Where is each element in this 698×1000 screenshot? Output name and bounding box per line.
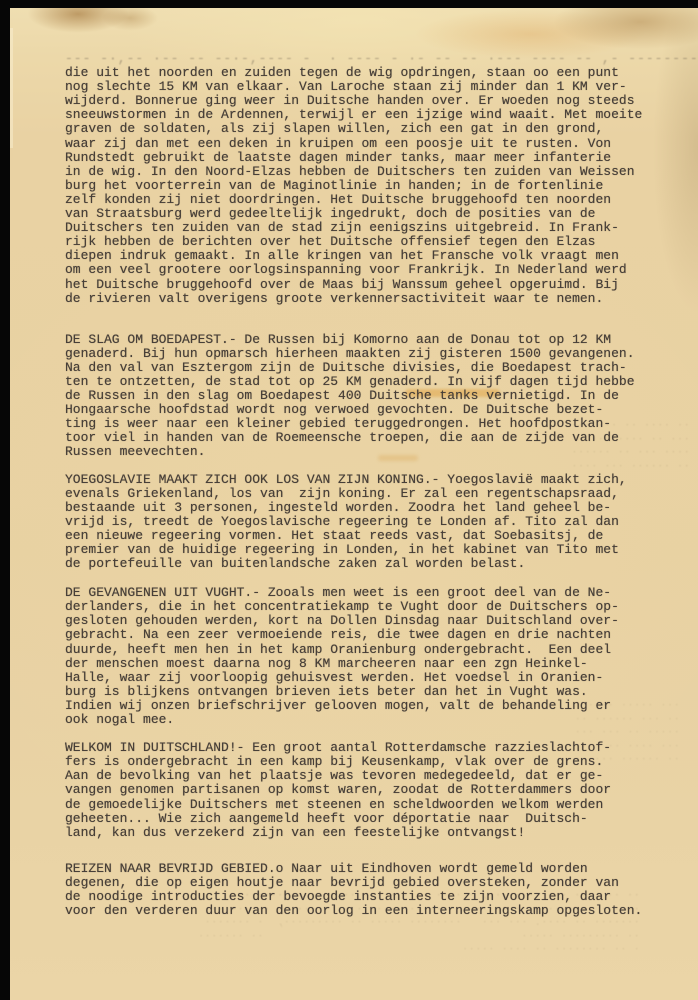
typed-line: Indien wij onzen briefschrijver gelooven… [65, 699, 685, 713]
typed-line: REIZEN NAAR BEVRIJD GEBIED.o Naar uit Ei… [65, 862, 685, 876]
typed-line: het Duitsche bruggehoofd over de Maas bi… [65, 278, 685, 292]
typed-line: Aan de bevolking van het plaatsje was te… [65, 769, 685, 783]
typed-line: derlanders, die in het concentratiekamp … [65, 600, 685, 614]
paragraph: die uit het noorden en zuiden tegen de w… [65, 66, 685, 306]
ghost-line: ·· ········· ····· ·· ······· [80, 931, 640, 945]
typed-line: in de wig. In den Noord-Elzas hebben de … [65, 165, 685, 179]
typed-line: diepen indruk gemaakt. In alle kringen v… [65, 249, 685, 263]
typed-line: degenen, die op eigen houtje naar bevrij… [65, 876, 685, 890]
typed-line: rijk hebben de berichten over het Duitsc… [65, 235, 685, 249]
paragraph: DE GEVANGENEN UIT VUGHT.- Zooals men wee… [65, 586, 685, 727]
typed-line: Hongaarsche hoofdstad wordt nog verwoed … [65, 403, 685, 417]
typed-line: een nieuwe regeering vormen. Het staat r… [65, 529, 685, 543]
ghost-line: ······· ·· ····. ··· ··· ········ ····· … [80, 917, 640, 931]
paper-edge-highlight [10, 28, 13, 148]
typed-line: toor viel in handen van de Roemeensche t… [65, 431, 685, 445]
typed-line: evenals Griekenland, los van zijn koning… [65, 487, 685, 501]
typed-line: Halle, waar zij voorloopig gehuisvest we… [65, 671, 685, 685]
typed-line: ook nogal mee. [65, 713, 685, 727]
typed-line: ting is weer naar een kleiner gebied ter… [65, 417, 685, 431]
typed-line: de Russen in den slag om Boedapest 400 D… [65, 389, 685, 403]
typed-line: vangen genomen partisanen op komst waren… [65, 783, 685, 797]
typed-line: bestaande uit 3 personen, ingesteld word… [65, 501, 685, 515]
typed-line: voor den verderen duur van den oorlog in… [65, 904, 685, 918]
typed-line: land, kan dus verzekerd zijn van een fee… [65, 826, 685, 840]
paragraph: YOEGOSLAVIE MAAKT ZICH OOK LOS VAN ZIJN … [65, 473, 685, 572]
typed-line: de rivieren valt overigens groote verken… [65, 292, 685, 306]
typed-line: der menschen moest daarna nog 8 KM march… [65, 657, 685, 671]
typed-line: Rundstedt gebruikt de laatste dagen mind… [65, 151, 685, 165]
typed-line: premier van de huidige regeering in Lond… [65, 543, 685, 557]
typed-line: YOEGOSLAVIE MAAKT ZICH OOK LOS VAN ZIJN … [65, 473, 685, 487]
scanned-document-page: ·· ···· ·· ··· ······· ·· ····· ·· ·····… [0, 0, 698, 1000]
typed-line: gesloten gehouden werden, kort na Dollen… [65, 614, 685, 628]
typed-line: vrijd is, treedt de Yoegoslavische regee… [65, 515, 685, 529]
typed-line: DE GEVANGENEN UIT VUGHT.- Zooals men wee… [65, 586, 685, 600]
typed-line: burg het voorterrein van de Maginotlinie… [65, 179, 685, 193]
typed-line: de portefeuille van buitenlandsche zaken… [65, 557, 685, 571]
typed-line: sneeuwstormen in de Ardennen, terwijl er… [65, 108, 685, 122]
typed-text-block: --- -·,-- ·-- -- --·-,---- - · ---- - ·-… [65, 52, 685, 918]
typed-line: Russen meevechten. [65, 445, 685, 459]
typed-line: fers is ondergebracht in een kamp bij Ke… [65, 755, 685, 769]
typed-line: de noodige introducties der bevoegde ins… [65, 890, 685, 904]
typed-line: gebracht. Na een zeer vermoeiende reis, … [65, 628, 685, 642]
paragraph: DE SLAG OM BOEDAPEST.- De Russen bij Kom… [65, 333, 685, 460]
typed-line: waar zij dan met een deken in kruipen om… [65, 137, 685, 151]
paper-sheet: ·· ···· ·· ··· ······· ·· ····· ·· ·····… [10, 8, 698, 1000]
ghost-line: · ·· ········ ·· ···· ····· [80, 944, 640, 958]
typed-line: graven de soldaten, als zij slapen wille… [65, 122, 685, 136]
typed-line: WELKOM IN DUITSCHLAND!- Een groot aantal… [65, 741, 685, 755]
typed-line: geheeten... Wie zich aangemeld heeft voo… [65, 812, 685, 826]
typed-line: om een veel grootere oorlogsinspanning v… [65, 263, 685, 277]
typed-line: wijderd. Bonnerue ging weer in Duitsche … [65, 94, 685, 108]
typed-line: de gemoedelijke Duitschers met steenen e… [65, 798, 685, 812]
typed-line: genaderd. Bij hun opmarsch hierheen maak… [65, 347, 685, 361]
typed-line: DE SLAG OM BOEDAPEST.- De Russen bij Kom… [65, 333, 685, 347]
typed-line: van Straatsburg werd gedeeltelijk ingedr… [65, 207, 685, 221]
typed-line: burg is blijkens ontvangen brieven iets … [65, 685, 685, 699]
paragraph: WELKOM IN DUITSCHLAND!- Een groot aantal… [65, 741, 685, 840]
typed-line: die uit het noorden en zuiden tegen de w… [65, 66, 685, 80]
typed-line: ten te ontzetten, de stad tot op 25 KM g… [65, 375, 685, 389]
paragraph: REIZEN NAAR BEVRIJD GEBIED.o Naar uit Ei… [65, 862, 685, 918]
typed-line: Duitschers ten zuiden van de stad zijn e… [65, 221, 685, 235]
typed-line: duurde, heeft men hen in het kamp Oranie… [65, 643, 685, 657]
faded-top-line: --- -·,-- ·-- -- --·-,---- - · ---- - ·-… [65, 52, 685, 66]
typed-line: nog slechte 15 KM van elkaar. Van Laroch… [65, 80, 685, 94]
typed-line: zelf konden zij niet doordringen. Het Du… [65, 193, 685, 207]
typed-line: Na den val van Esztergom zijn de Duitsch… [65, 361, 685, 375]
